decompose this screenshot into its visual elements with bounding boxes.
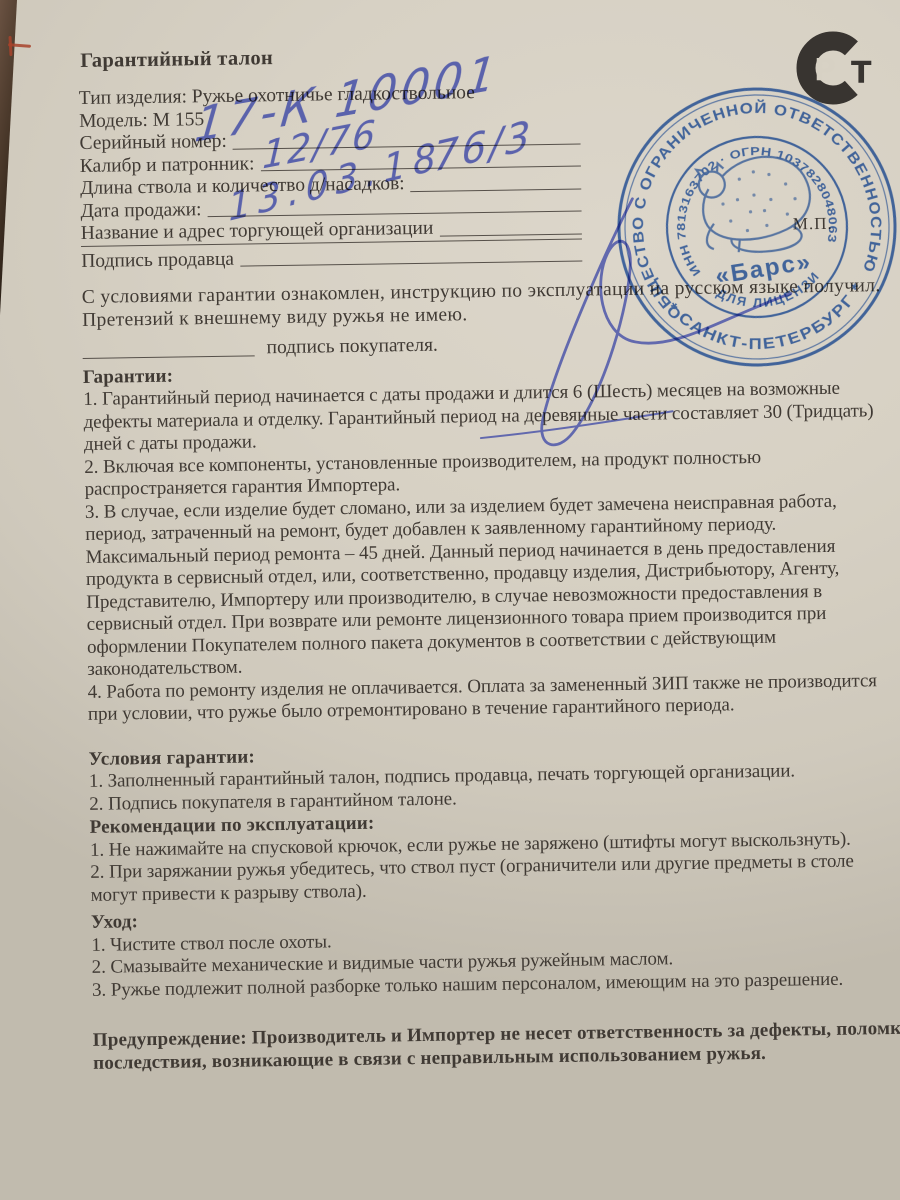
- stamp-outer-ring-2: [606, 76, 900, 378]
- warranty-card-photo: Гарантийный талон Тип изделия: Ружье охо…: [0, 0, 900, 1200]
- section-warranty-conditions: Условия гарантии: 1. Заполненный гаранти…: [88, 733, 900, 815]
- stamp-outer-bottom-text: * САНКТ-ПЕТЕРБУРГ *: [662, 270, 875, 368]
- rst-t-letter: Т: [851, 56, 872, 91]
- rst-p-letter: Р: [814, 53, 836, 88]
- rst-certification-mark-icon: Р Т: [795, 26, 887, 110]
- model-label: Модель: М 155: [79, 109, 204, 133]
- buyer-signature-blank-line: [82, 337, 254, 358]
- section-care: Уход: 1. Чистите ствол после охоты. 2. С…: [91, 897, 900, 1002]
- warning-paragraph: Предупреждение: Производитель и Импортер…: [93, 1015, 900, 1075]
- seller-signature-label: Подпись продавца: [81, 248, 234, 273]
- sale-date-label: Дата продажи:: [80, 199, 201, 223]
- section-usage-recommendations: Рекомендации по эксплуатации: 1. Не нажи…: [89, 802, 900, 907]
- buyer-signature-label: подпись покупателя.: [266, 335, 438, 360]
- caliber-label: Калибр и патронник:: [80, 153, 255, 178]
